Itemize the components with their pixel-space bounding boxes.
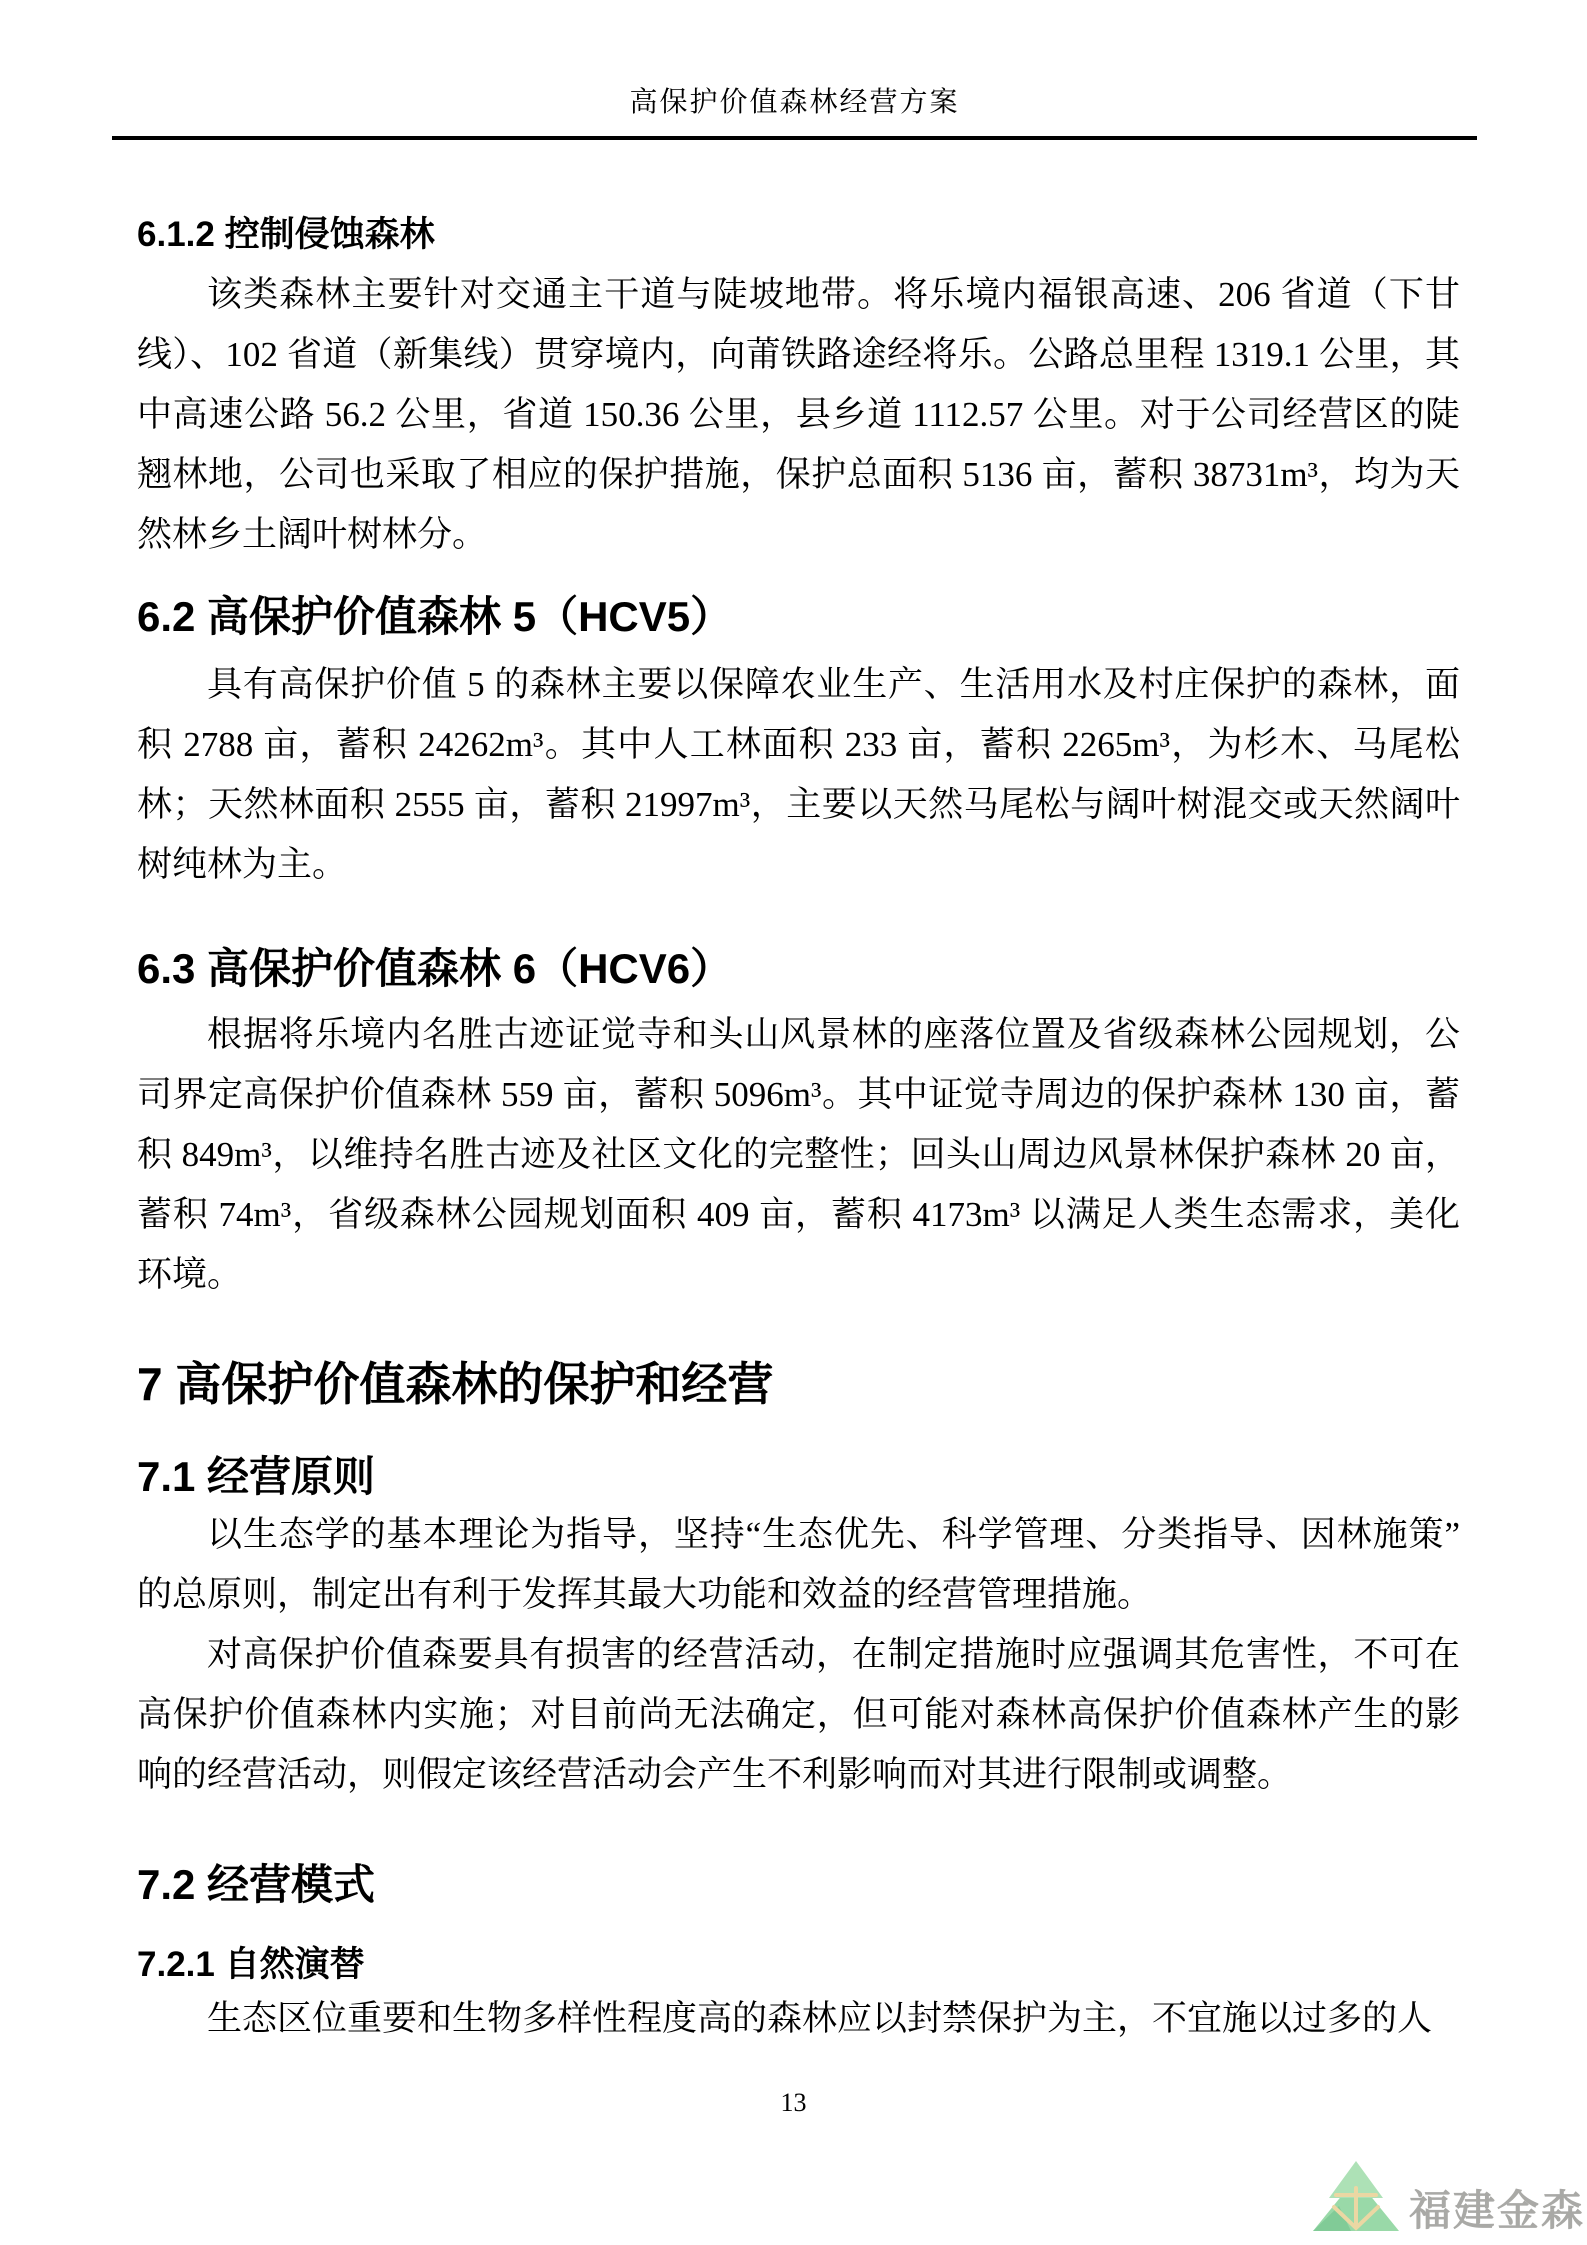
document-title: 高保护价值森林经营方案	[112, 0, 1477, 120]
page-number: 13	[0, 2088, 1587, 2118]
company-logo-text: 福建金森	[1409, 2188, 1585, 2236]
pine-tree-icon	[1309, 2158, 1409, 2236]
document-body: 6.1.2 控制侵蚀森林 该类森林主要针对交通主干道与陡坡地带。将乐境内福银高速…	[137, 151, 1460, 2049]
paragraph-6-3: 根据将乐境内名胜古迹证觉寺和头山风景林的座落位置及省级森林公园规划，公司界定高保…	[137, 1005, 1460, 1305]
paragraph-7-1-b: 对高保护价值森要具有损害的经营活动，在制定措施时应强调其危害性，不可在高保护价值…	[137, 1625, 1460, 1805]
paragraph-7-2-1: 生态区位重要和生物多样性程度高的森林应以封禁保护为主，不宜施以过多的人	[137, 1989, 1460, 2049]
heading-7-2: 7.2 经营模式	[137, 1857, 1460, 1913]
header-rule	[112, 136, 1477, 140]
heading-7-1: 7.1 经营原则	[137, 1449, 1460, 1505]
company-logo: 福建金森	[1309, 2158, 1585, 2236]
paragraph-6-2: 具有高保护价值 5 的森林主要以保障农业生产、生活用水及村庄保护的森林，面积 2…	[137, 655, 1460, 895]
heading-6-2: 6.2 高保护价值森林 5（HCV5）	[137, 589, 1460, 645]
document-page: 高保护价值森林经营方案 6.1.2 控制侵蚀森林 该类森林主要针对交通主干道与陡…	[0, 0, 1587, 2245]
heading-7-2-1: 7.2.1 自然演替	[137, 1941, 1460, 1989]
heading-7: 7 高保护价值森林的保护和经营	[137, 1353, 1460, 1415]
heading-6-3: 6.3 高保护价值森林 6（HCV6）	[137, 941, 1460, 997]
paragraph-6-1-2: 该类森林主要针对交通主干道与陡坡地带。将乐境内福银高速、206 省道（下甘线）、…	[137, 265, 1460, 565]
heading-6-1-2: 6.1.2 控制侵蚀森林	[137, 211, 1460, 259]
paragraph-7-1-a: 以生态学的基本理论为指导，坚持“生态优先、科学管理、分类指导、因林施策”的总原则…	[137, 1505, 1460, 1625]
running-header: 高保护价值森林经营方案	[112, 0, 1477, 140]
